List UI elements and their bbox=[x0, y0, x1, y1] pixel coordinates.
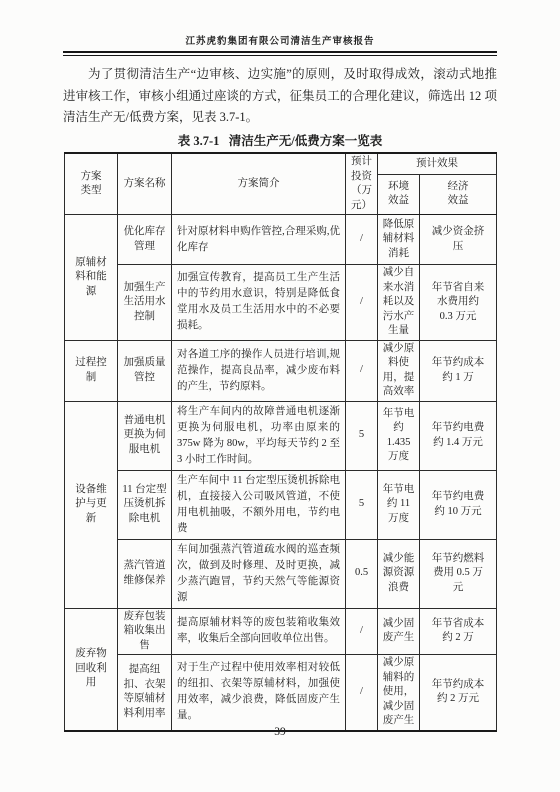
table-row: 加强生产 生活用水 控制 加强宣传教育，提高员工生产生活中的节约用水意识，特别是… bbox=[65, 265, 497, 341]
cell-scheme-brief: 车间加强蒸汽管道疏水阀的巡查频次，做到及时修理、及时更换，减少蒸汽跑冒，节约天然… bbox=[172, 539, 346, 608]
header-env-benefit: 环境 效益 bbox=[378, 174, 420, 214]
cell-env-benefit: 减少固 废产生 bbox=[378, 608, 420, 655]
cell-investment: / bbox=[346, 265, 378, 341]
intro-paragraph: 为了贯彻清洁生产“边审核、边实施”的原则，及时取得成效，滚动式地推进审核工作，审… bbox=[63, 64, 497, 129]
table-row: 提高纽 扣、衣架 等原辅材 料利用率 对于生产过程中使用效率相对较低的纽扣、衣架… bbox=[65, 655, 497, 731]
cell-scheme-brief: 将生产车间内的故障普通电机逐渐更换为伺服电机，功率由原来的 375w 降为 80… bbox=[172, 401, 346, 470]
table-title: 表 3.7-1 清洁生产无/低费方案一览表 bbox=[63, 131, 497, 149]
cell-scheme-brief: 针对原材料申购作管控,合理采购,优化库存 bbox=[172, 215, 346, 265]
cell-scheme-name: 蒸汽管道 维修保养 bbox=[118, 539, 172, 608]
cell-scheme-name: 提高纽 扣、衣架 等原辅材 料利用率 bbox=[118, 655, 172, 731]
cell-investment: 0.5 bbox=[346, 539, 378, 608]
cell-scheme-type: 废弃物 回收利 用 bbox=[65, 608, 118, 731]
table-header-row-1: 方案 类型 方案名称 方案简介 预计 投资 （万 元） 预计效果 bbox=[65, 153, 497, 174]
cell-econ-benefit: 年节约成本 约 2 万元 bbox=[420, 655, 497, 731]
cell-scheme-type: 设备维 护与更 新 bbox=[65, 401, 118, 608]
table-row: 设备维 护与更 新 普通电机 更换为伺 服电机 将生产车间内的故障普通电机逐渐更… bbox=[65, 401, 497, 470]
cell-scheme-brief: 对各道工序的操作人员进行培训,规范操作，提高良品率，减少废布料的产生，节约原料。 bbox=[172, 340, 346, 401]
cell-econ-benefit: 年节省成本 约 2 万 bbox=[420, 608, 497, 655]
cell-scheme-name: 废弃包装 箱收集出 售 bbox=[118, 608, 172, 655]
cell-econ-benefit: 年节省自来 水费用约 0.3 万元 bbox=[420, 265, 497, 341]
cell-env-benefit: 年节电 约 1.435 万度 bbox=[378, 401, 420, 470]
cell-scheme-type: 原辅材 料和能 源 bbox=[65, 215, 118, 341]
cell-scheme-brief: 对于生产过程中使用效率相对较低的纽扣、衣架等原辅材料，加强使用效率，减少浪费，降… bbox=[172, 655, 346, 731]
header-econ-benefit: 经济 效益 bbox=[420, 174, 497, 214]
table-row: 原辅材 料和能 源 优化库存 管理 针对原材料申购作管控,合理采购,优化库存 /… bbox=[65, 215, 497, 265]
cell-scheme-name: 加强质量 管控 bbox=[118, 340, 172, 401]
table-row: 蒸汽管道 维修保养 车间加强蒸汽管道疏水阀的巡查频次，做到及时修理、及时更换，减… bbox=[65, 539, 497, 608]
cell-env-benefit: 降低原 辅材料 消耗 bbox=[378, 215, 420, 265]
cell-env-benefit: 减少原 料使 用，提 高效率 bbox=[378, 340, 420, 401]
cell-investment: / bbox=[346, 215, 378, 265]
cell-env-benefit: 年节电 约 11 万度 bbox=[378, 470, 420, 539]
cell-econ-benefit: 年节约燃料 费用 0.5 万 元 bbox=[420, 539, 497, 608]
table-row: 废弃物 回收利 用 废弃包装 箱收集出 售 提高原辅材料等的废包装箱收集效率，收… bbox=[65, 608, 497, 655]
running-head-title: 江苏虎豹集团有限公司清洁生产审核报告 bbox=[63, 33, 497, 51]
header-expected-effect: 预计效果 bbox=[378, 153, 497, 174]
table-row: 过程控 制 加强质量 管控 对各道工序的操作人员进行培训,规范操作，提高良品率，… bbox=[65, 340, 497, 401]
document-header: 江苏虎豹集团有限公司清洁生产审核报告 bbox=[63, 33, 497, 56]
header-scheme-type: 方案 类型 bbox=[65, 153, 118, 215]
cell-investment: 5 bbox=[346, 470, 378, 539]
cell-scheme-brief: 生产车间中 11 台定型压烫机拆除电机，直接接入公司吸风管道，不使用电机抽吸，不… bbox=[172, 470, 346, 539]
header-investment: 预计 投资 （万 元） bbox=[346, 153, 378, 215]
scheme-table: 方案 类型 方案名称 方案简介 预计 投资 （万 元） 预计效果 环境 效益 经… bbox=[64, 152, 497, 732]
page-number: 39 bbox=[0, 726, 560, 738]
cell-econ-benefit: 年节约电费 约 1.4 万元 bbox=[420, 401, 497, 470]
cell-scheme-name: 优化库存 管理 bbox=[118, 215, 172, 265]
header-rule bbox=[63, 51, 497, 56]
header-scheme-brief: 方案简介 bbox=[172, 153, 346, 215]
cell-scheme-brief: 提高原辅材料等的废包装箱收集效率，收集后全部向回收单位出售。 bbox=[172, 608, 346, 655]
cell-investment: 5 bbox=[346, 401, 378, 470]
cell-investment: / bbox=[346, 340, 378, 401]
cell-econ-benefit: 减少资金挤 压 bbox=[420, 215, 497, 265]
cell-investment: / bbox=[346, 608, 378, 655]
cell-scheme-name: 11 台定型 压烫机拆 除电机 bbox=[118, 470, 172, 539]
table-row: 11 台定型 压烫机拆 除电机 生产车间中 11 台定型压烫机拆除电机，直接接入… bbox=[65, 470, 497, 539]
header-scheme-name: 方案名称 bbox=[118, 153, 172, 215]
cell-econ-benefit: 年节约成本 约 1 万 bbox=[420, 340, 497, 401]
cell-scheme-brief: 加强宣传教育，提高员工生产生活中的节约用水意识，特别是降低食堂用水及员工生活用水… bbox=[172, 265, 346, 341]
document-page: 江苏虎豹集团有限公司清洁生产审核报告 为了贯彻清洁生产“边审核、边实施”的原则，… bbox=[0, 0, 560, 792]
cell-scheme-name: 普通电机 更换为伺 服电机 bbox=[118, 401, 172, 470]
cell-env-benefit: 减少能 源资源 浪费 bbox=[378, 539, 420, 608]
cell-investment: / bbox=[346, 655, 378, 731]
cell-scheme-type: 过程控 制 bbox=[65, 340, 118, 401]
cell-env-benefit: 减少自 来水消 耗以及 污水产 生量 bbox=[378, 265, 420, 341]
cell-env-benefit: 减少原 辅料的 使用， 减少固 废产生 bbox=[378, 655, 420, 731]
cell-econ-benefit: 年节约电费 约 10 万元 bbox=[420, 470, 497, 539]
cell-scheme-name: 加强生产 生活用水 控制 bbox=[118, 265, 172, 341]
